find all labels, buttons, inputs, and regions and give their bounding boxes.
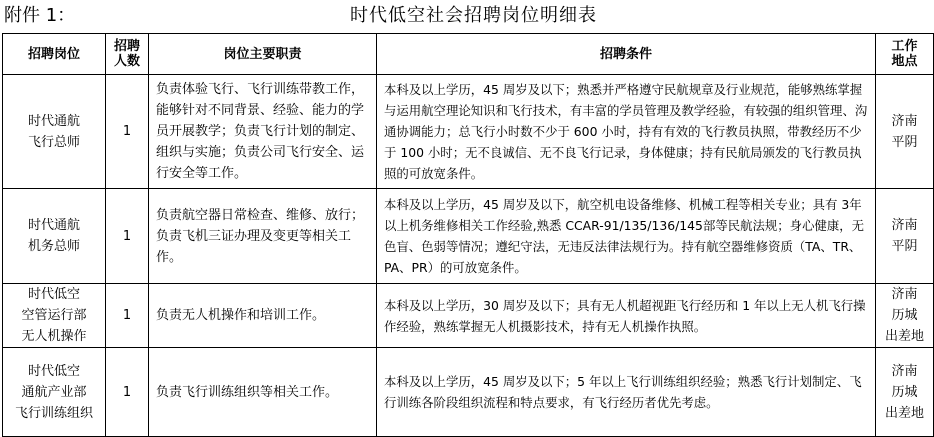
table-row: 时代低空 通航产业部 飞行训练组织 1 负责飞行训练组织等相关工作。 本科及以上… xyxy=(3,348,934,437)
table-row: 时代通航 机务总师 1 负责航空器日常检查、维修、放行；负责飞机三证办理及变更等… xyxy=(3,189,934,284)
document-heading: 附件 1： 时代低空社会招聘岗位明细表 xyxy=(0,0,934,33)
header-location: 工作 地点 xyxy=(876,34,934,75)
header-count: 招聘 人数 xyxy=(106,34,149,75)
cell-duties: 负责体验飞行、飞行训练带教工作，能够针对不同背景、经验、能力的学员开展教学；负责… xyxy=(149,75,377,189)
cell-requirements: 本科及以上学历，45 周岁及以下；熟悉并严格遵守民航规章及行业规范，能够熟练掌握… xyxy=(377,75,876,189)
cell-requirements: 本科及以上学历，45 周岁及以下，航空机电设备维修、机械工程等相关专业；具有 3… xyxy=(377,189,876,284)
cell-position: 时代低空 空管运行部 无人机操作 xyxy=(3,284,106,348)
cell-count: 1 xyxy=(106,189,149,284)
cell-position: 时代通航 飞行总师 xyxy=(3,75,106,189)
cell-requirements: 本科及以上学历，45 周岁及以下；5 年以上飞行训练组织经验；熟悉飞行计划制定、… xyxy=(377,348,876,437)
cell-position: 时代通航 机务总师 xyxy=(3,189,106,284)
table-header-row: 招聘岗位 招聘 人数 岗位主要职责 招聘条件 工作 地点 xyxy=(3,34,934,75)
cell-location: 济南 平阴 xyxy=(876,75,934,189)
cell-location: 济南 历城 出差地 xyxy=(876,284,934,348)
cell-location: 济南 平阴 xyxy=(876,189,934,284)
cell-duties: 负责无人机操作和培训工作。 xyxy=(149,284,377,348)
table-row: 时代通航 飞行总师 1 负责体验飞行、飞行训练带教工作，能够针对不同背景、经验、… xyxy=(3,75,934,189)
table-row: 时代低空 空管运行部 无人机操作 1 负责无人机操作和培训工作。 本科及以上学历… xyxy=(3,284,934,348)
cell-duties: 负责航空器日常检查、维修、放行；负责飞机三证办理及变更等相关工作。 xyxy=(149,189,377,284)
header-requirements: 招聘条件 xyxy=(377,34,876,75)
cell-position: 时代低空 通航产业部 飞行训练组织 xyxy=(3,348,106,437)
document-title: 时代低空社会招聘岗位明细表 xyxy=(350,4,597,28)
cell-count: 1 xyxy=(106,284,149,348)
header-duties: 岗位主要职责 xyxy=(149,34,377,75)
cell-location: 济南 历城 出差地 xyxy=(876,348,934,437)
recruitment-table: 招聘岗位 招聘 人数 岗位主要职责 招聘条件 工作 地点 时代通航 飞行总师 1… xyxy=(2,33,934,437)
cell-duties: 负责飞行训练组织等相关工作。 xyxy=(149,348,377,437)
header-position: 招聘岗位 xyxy=(3,34,106,75)
attachment-label: 附件 1： xyxy=(4,4,75,28)
cell-requirements: 本科及以上学历，30 周岁及以下；具有无人机超视距飞行经历和 1 年以上无人机飞… xyxy=(377,284,876,348)
cell-count: 1 xyxy=(106,75,149,189)
cell-count: 1 xyxy=(106,348,149,437)
